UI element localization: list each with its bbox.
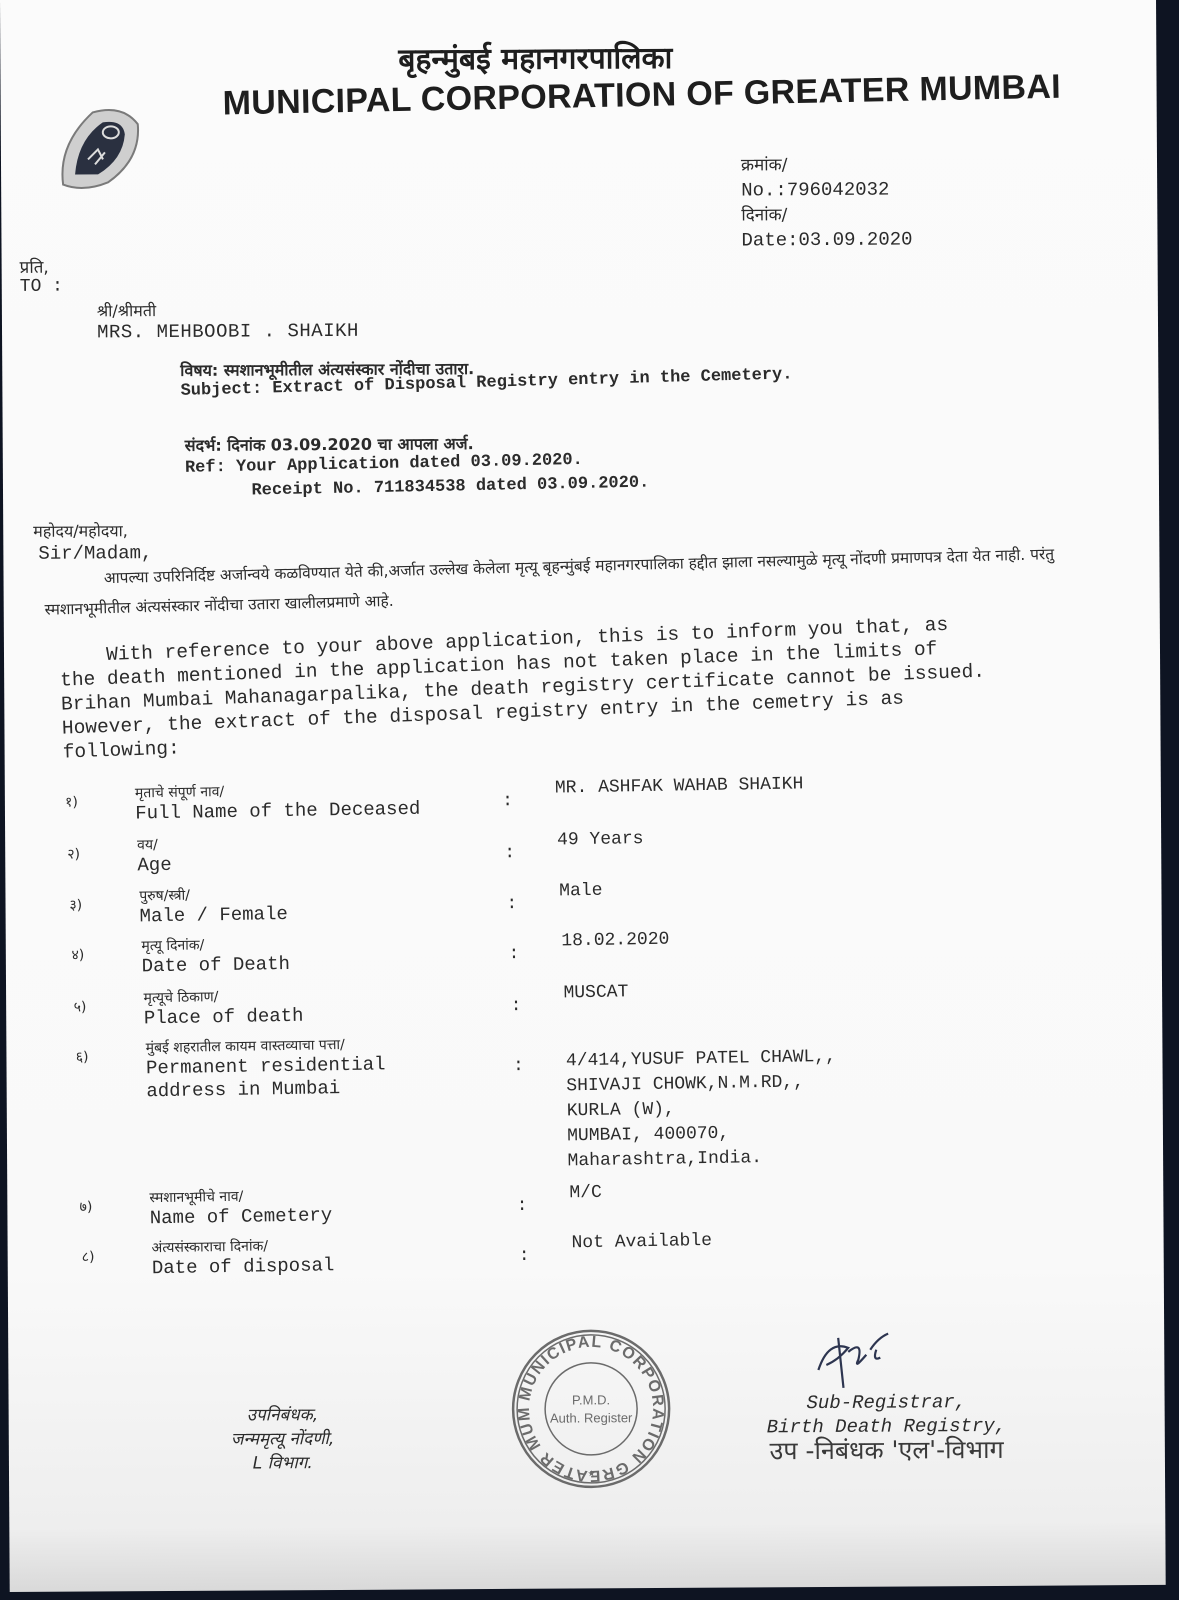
body-english: With reference to your above application…: [59, 608, 1093, 765]
field-number: ६): [76, 1047, 89, 1066]
reference-number: No.:796042032: [741, 177, 912, 203]
field-number: ४): [71, 945, 84, 964]
field-value: Not Available: [571, 1229, 712, 1256]
field-value: M/C: [569, 1181, 602, 1207]
signatory-left: उपनिबंधक, जन्ममृत्यू नोंदणी, L विभाग.: [231, 1403, 335, 1476]
field-separator: :: [506, 894, 517, 914]
signatory-left-ward: L विभाग.: [231, 1451, 335, 1476]
to-label: TO :: [20, 277, 63, 297]
field-number: ५): [74, 997, 87, 1016]
field-label: वय/Age: [137, 835, 172, 878]
reference-block: क्रमांक/ No.:796042032 दिनांक/ Date:03.0…: [741, 152, 913, 253]
field-number: २): [67, 844, 80, 863]
field-value: MUSCAT: [563, 980, 628, 1006]
field-row: ३)पुरुष/स्त्री/Male / Female:Male: [69, 873, 969, 888]
handwritten-signature-icon: [808, 1330, 898, 1391]
field-label: अंत्यसंस्काराचा दिनांक/Date of disposal: [151, 1235, 334, 1280]
greeting-marathi: महोदय/महोदया,: [33, 519, 128, 542]
field-separator: :: [516, 1196, 527, 1216]
field-value: MR. ASHFAK WAHAB SHAIKH: [555, 772, 804, 801]
mcgm-crest-icon: [53, 104, 144, 190]
field-value: 18.02.2020: [561, 928, 669, 955]
svg-text:Auth. Register: Auth. Register: [550, 1410, 633, 1426]
field-separator: :: [519, 1246, 530, 1266]
body-marathi: आपल्या उपरिनिर्दिष्ट अर्जान्वये कळविण्या…: [43, 539, 1074, 625]
document-page: बृहन्मुंबई महानगरपालिका MUNICIPAL CORPOR…: [0, 0, 1166, 1592]
field-number: ७): [79, 1197, 92, 1216]
signatory-right: Sub-Registrar, Birth Death Registry, उप …: [767, 1390, 1007, 1463]
field-separator: :: [513, 1056, 524, 1076]
field-value: Male: [559, 879, 603, 905]
to-label-marathi: प्रति,: [20, 255, 49, 278]
field-row: १)मृताचे संपूर्ण नाव/Full Name of the De…: [65, 770, 965, 785]
number-label: क्रमांक/: [741, 152, 912, 178]
field-separator: :: [511, 996, 522, 1016]
field-separator: :: [508, 944, 519, 964]
greeting-english: Sir/Madam,: [38, 542, 152, 565]
official-stamp: MUNICIPAL CORPORATION GREATER MUMBAI P.M…: [508, 1326, 674, 1492]
field-label: मृताचे संपूर्ण नाव/Full Name of the Dece…: [135, 779, 421, 826]
svg-text:P.M.D.: P.M.D.: [572, 1392, 610, 1407]
field-label: मृत्यूचे ठिकाण/Place of death: [143, 986, 303, 1031]
field-value: 4/414,YUSUF PATEL CHAWL,, SHIVAJI CHOWK,…: [566, 1045, 838, 1174]
field-label: पुरुष/स्त्री/Male / Female: [139, 884, 288, 928]
field-value: 49 Years: [557, 827, 644, 853]
field-label: मुंबई शहरातील कायम वास्तव्याचा पत्ता/Per…: [146, 1034, 386, 1103]
field-row: ७)स्मशानभूमीचे नाव/Name of Cemetery:M/C: [79, 1175, 979, 1190]
signatory-left-dept: जन्ममृत्यू नोंदणी,: [231, 1427, 335, 1452]
signatory-right-title: Sub-Registrar,: [767, 1390, 1007, 1415]
recipient-name: MRS. MEHBOOBI . SHAIKH: [97, 320, 359, 344]
field-separator: :: [504, 843, 515, 863]
signatory-right-ward-stamp: उप -निबंधक 'एल'-विभाग: [767, 1438, 1007, 1463]
field-number: ३): [69, 895, 82, 914]
extract-fields: १)मृताचे संपूर्ण नाव/Full Name of the De…: [65, 770, 965, 785]
field-label: स्मशानभूमीचे नाव/Name of Cemetery: [149, 1185, 332, 1230]
date-label: दिनांक/: [741, 202, 912, 228]
svg-text:★: ★: [588, 1466, 595, 1480]
reference-english: Ref: Your Application dated 03.09.2020. …: [185, 448, 650, 505]
field-separator: :: [502, 791, 513, 811]
salutation: श्री/श्रीमती: [97, 299, 156, 321]
field-number: ८): [82, 1247, 95, 1266]
field-label: मृत्यू दिनांक/Date of Death: [141, 934, 290, 978]
reference-date: Date:03.09.2020: [741, 227, 912, 253]
org-name-marathi: बृहन्मुंबई महानगरपालिका: [398, 36, 672, 79]
signatory-left-title: उपनिबंधक,: [231, 1403, 335, 1428]
org-name-english: MUNICIPAL CORPORATION OF GREATER MUMBAI: [222, 68, 1061, 124]
field-number: १): [65, 792, 78, 811]
